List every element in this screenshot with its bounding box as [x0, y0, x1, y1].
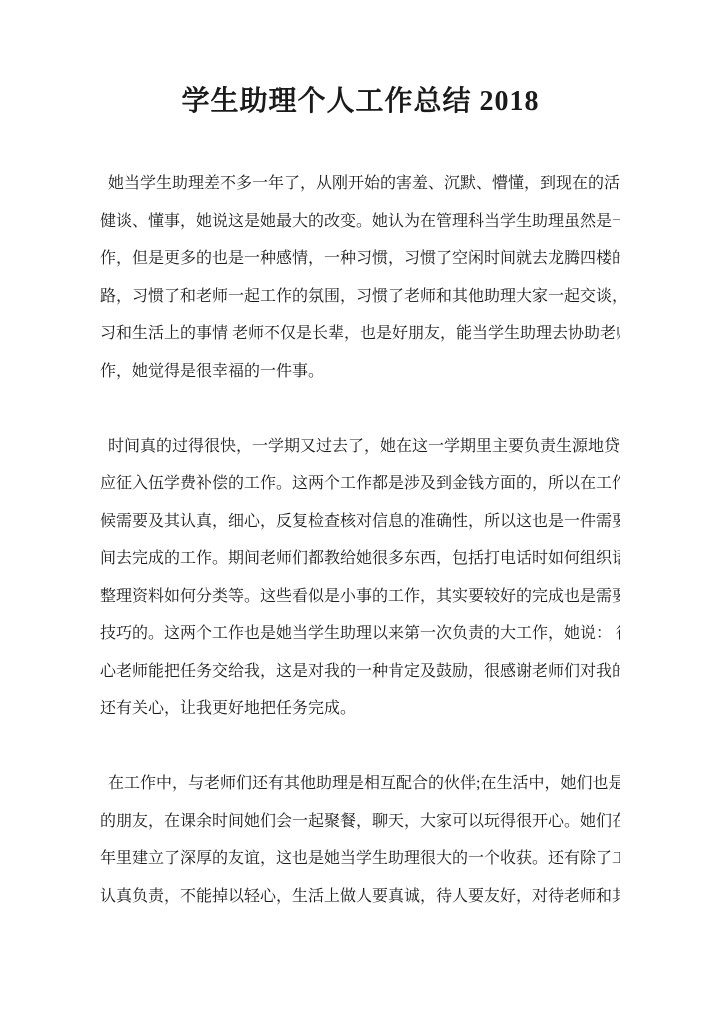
paragraph: 在工作中，与老师们还有其他助理是相互配合的伙伴;在生活中，她们也是很好的朋友，在… [100, 765, 620, 915]
text-line: 习和生活上的事情 老师不仅是长辈，也是好朋友，能当学生助理去协助老师工 [100, 315, 620, 353]
text-line: 间去完成的工作。期间老师们都教给她很多东西，包括打电话时如何组织语言， [100, 540, 620, 578]
text-line: 作，但是更多的也是一种感情，一种习惯，习惯了空闲时间就去龙腾四楼的那条 [100, 240, 620, 278]
paragraph: 时间真的过得很快，一学期又过去了，她在这一学期里主要负责生源地贷款和应征入伍学费… [100, 428, 620, 728]
paragraph: 她当学生助理差不多一年了，从刚开始的害羞、沉默、懵懂，到现在的活泼、健谈、懂事，… [100, 165, 620, 390]
text-line: 健谈、懂事，她说这是她最大的改变。她认为在管理科当学生助理虽然是一种工 [100, 203, 620, 241]
document-page: 学生助理个人工作总结 2018 她当学生助理差不多一年了，从刚开始的害羞、沉默、… [0, 0, 721, 1020]
text-line: 技巧的。这两个工作也是她当学生助理以来第一次负责的大工作，她说： 很开 [100, 615, 620, 653]
text-line: 认真负责，不能掉以轻心，生活上做人要真诚，待人要友好，对待老师和其他工 [100, 878, 620, 916]
text-line: 的朋友，在课余时间她们会一起聚餐，聊天，大家可以玩得很开心。她们在这一 [100, 803, 620, 841]
text-line: 心老师能把任务交给我，这是对我的一种肯定及鼓励，很感谢老师们对我的信任 [100, 653, 620, 691]
text-line: 应征入伍学费补偿的工作。这两个工作都是涉及到金钱方面的，所以在工作的时 [100, 465, 620, 503]
document-body: 她当学生助理差不多一年了，从刚开始的害羞、沉默、懵懂，到现在的活泼、健谈、懂事，… [100, 165, 620, 915]
text-line: 时间真的过得很快，一学期又过去了，她在这一学期里主要负责生源地贷款和 [100, 428, 620, 466]
text-line: 候需要及其认真，细心，反复检查核对信息的准确性，所以这也是一件需要长时 [100, 503, 620, 541]
text-line: 年里建立了深厚的友谊，这也是她当学生助理很大的一个收获。还有除了工作要 [100, 840, 620, 878]
text-line: 在工作中，与老师们还有其他助理是相互配合的伙伴;在生活中，她们也是很好 [100, 765, 620, 803]
text-line: 作，她觉得是很幸福的一件事。 [100, 353, 620, 391]
text-line: 还有关心，让我更好地把任务完成。 [100, 690, 620, 728]
text-line: 路，习惯了和老师一起工作的氛围，习惯了老师和其他助理大家一起交谈，聊学 [100, 278, 620, 316]
text-line: 整理资料如何分类等。这些看似是小事的工作，其实要较好的完成也是需要掌握 [100, 578, 620, 616]
document-title: 学生助理个人工作总结 2018 [0, 84, 721, 120]
text-line: 她当学生助理差不多一年了，从刚开始的害羞、沉默、懵懂，到现在的活泼、 [100, 165, 620, 203]
